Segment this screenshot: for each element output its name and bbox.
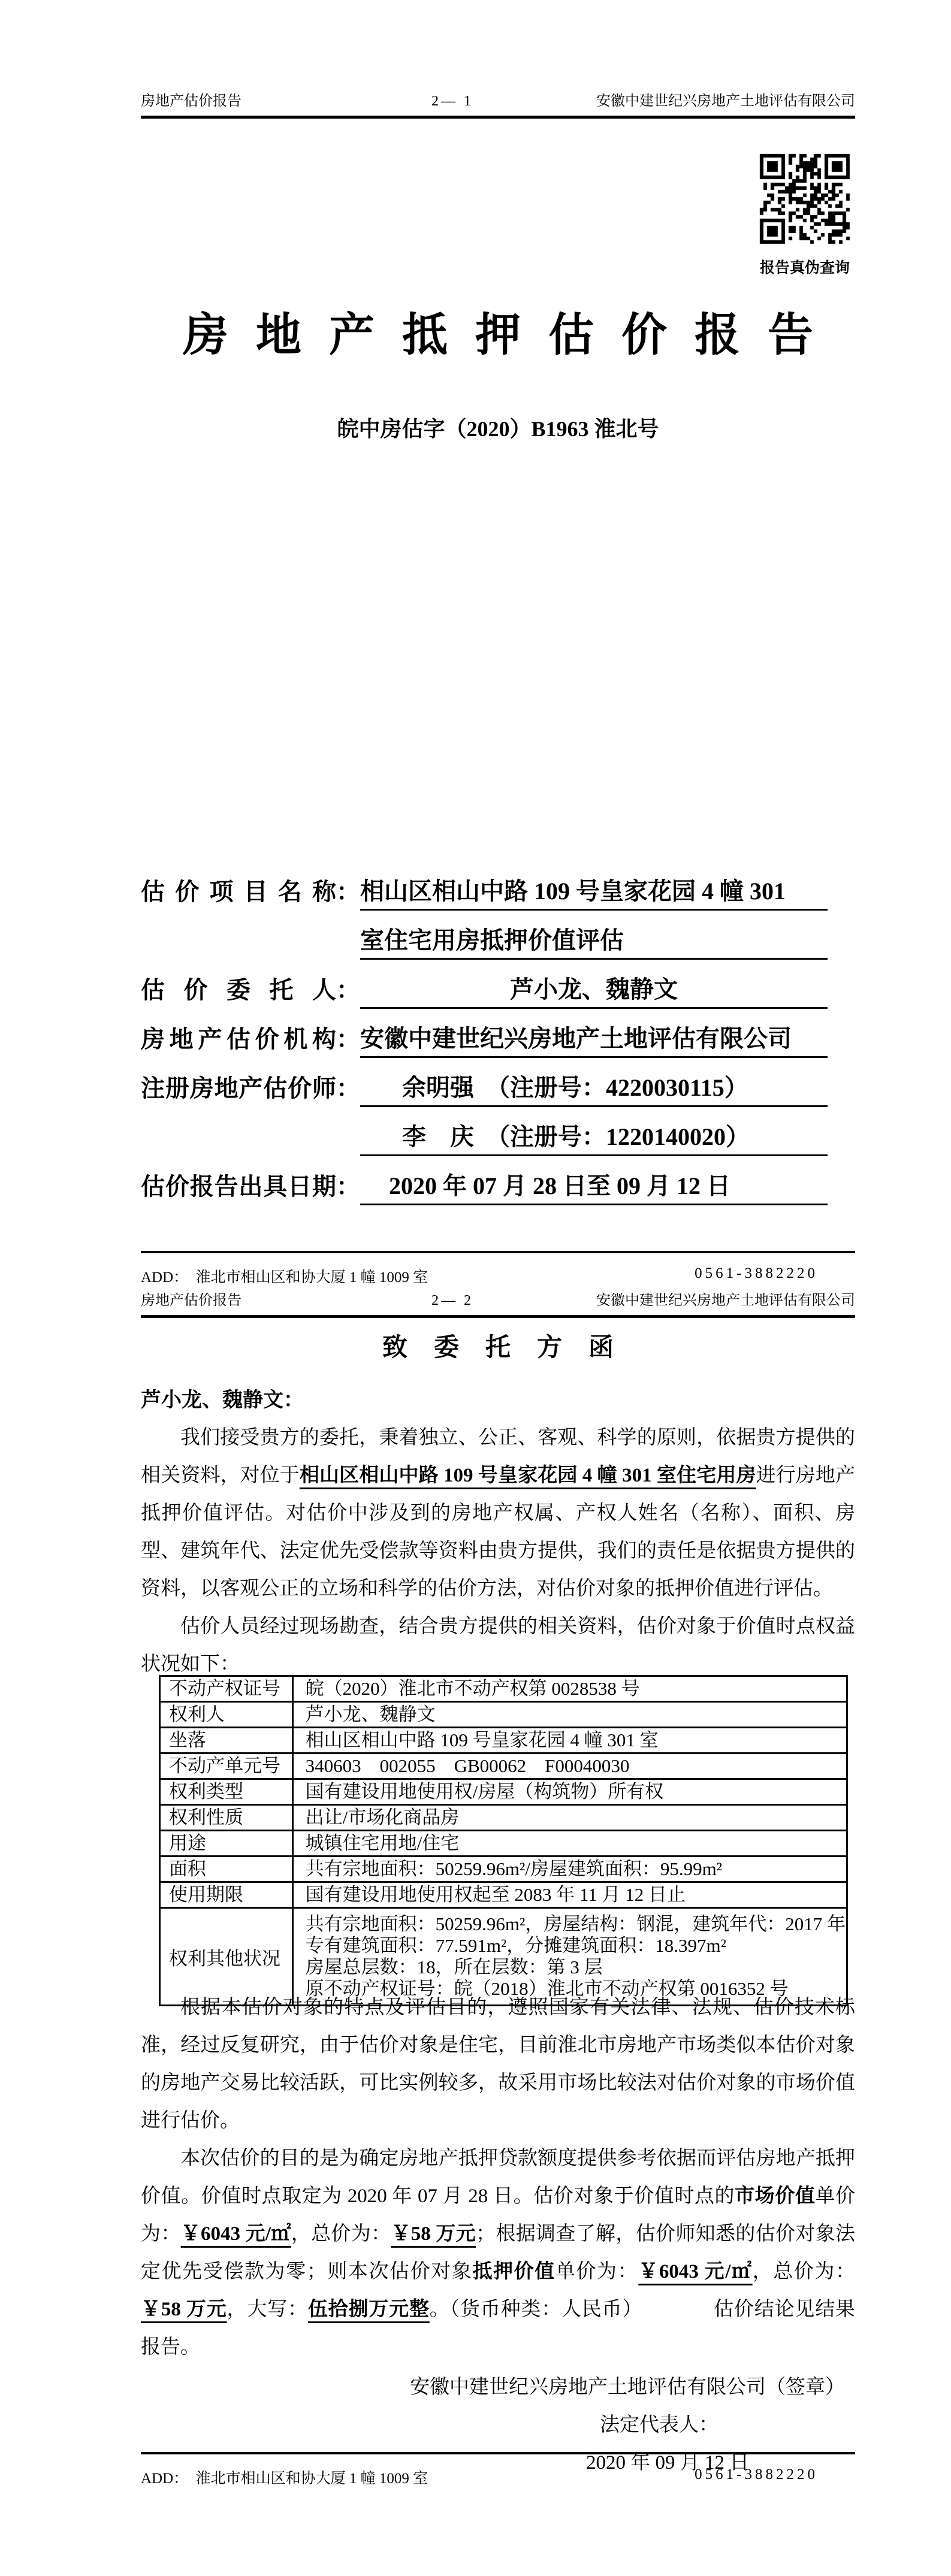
letter-paragraph-1: 我们接受贵方的委托，秉着独立、公正、客观、科学的原则，依据贵方提供的相关资料，对… <box>141 1419 855 1608</box>
detail-label: 注册房地产估价师： <box>141 1069 360 1107</box>
table-row: 权利性质出让/市场化商品房 <box>160 1805 847 1831</box>
paragraph-text: ，大写： <box>227 2299 308 2320</box>
detail-label-text: 房地产估价机构 <box>141 1020 336 1054</box>
letter-conclusion-block: 根据本估价对象的特点及评估目的，遵照国家有关法律、法规、估价技术标准，经过反复研… <box>141 1989 855 2482</box>
table-row-label: 不动产权证号 <box>160 1676 293 1702</box>
bold-term: 抵押价值 <box>473 2261 555 2282</box>
report-document: 房地产估价报告 2— 1 安徽中建世纪兴房地产土地评估有限公司 报告真伪查询 房… <box>0 0 951 2576</box>
detail-label-text: 估价委托人 <box>141 971 336 1005</box>
page2-running-header: 房地产估价报告 2— 2 安徽中建世纪兴房地产土地评估有限公司 <box>141 1288 855 1318</box>
table-row-label: 不动产单元号 <box>160 1753 293 1779</box>
footer-address: ADD： 淮北市相山区和协大厦 1 幢 1009 室 <box>141 1265 428 1287</box>
page1-running-footer: ADD： 淮北市相山区和协大厦 1 幢 1009 室 0561-3882220 <box>141 1251 855 1287</box>
paragraph-text: ，总价为： <box>753 2261 855 2282</box>
table-value-line: 房屋总层数：18，所在层数：第 3 层 <box>306 1957 846 1978</box>
detail-row: 李 庆 （注册号：1220140020） <box>141 1107 828 1156</box>
qr-code-image <box>759 153 850 244</box>
paragraph-text: ，总价为： <box>291 2223 391 2245</box>
detail-value: 余明强 （注册号：4220030115） <box>360 1074 828 1107</box>
page2-running-footer: ADD： 淮北市相山区和协大厦 1 幢 1009 室 0561-3882220 <box>141 2452 855 2488</box>
detail-row: 估价报告出具日期：2020 年 07 月 28 日至 09 月 12 日 <box>141 1156 828 1205</box>
letter-salutation: 芦小龙、魏静文： <box>141 1381 855 1419</box>
table-row: 不动产单元号340603 002055 GB00062 F00040030 <box>160 1753 847 1779</box>
header-page-number: 2— 1 <box>357 93 548 110</box>
detail-row: 注册房地产估价师：余明强 （注册号：4220030115） <box>141 1058 828 1107</box>
detail-value: 安徽中建世纪兴房地产土地评估有限公司 <box>360 1025 828 1058</box>
appraised-value-emphasis: ￥6043 元/㎡ <box>181 2223 291 2245</box>
table-row-label: 权利类型 <box>160 1779 293 1805</box>
appraised-value-emphasis: ￥58 万元 <box>141 2299 227 2320</box>
signature-company: 安徽中建世纪兴房地产土地评估有限公司（签章） <box>410 2369 855 2406</box>
detail-label-text: 估价项目名称 <box>141 873 336 907</box>
appraised-value-emphasis: ￥58 万元 <box>391 2223 476 2245</box>
footer-phone: 0561-3882220 <box>695 2466 855 2488</box>
table-value-line: 专有建筑面积：77.591m²，分摊建筑面积：18.397m² <box>306 1935 846 1957</box>
table-row-value: 皖（2020）淮北市不动产权第 0028538 号 <box>292 1676 847 1702</box>
cover-detail-fields: 估价项目名称：相山区相山中路 109 号皇家花园 4 幢 301室住宅用房抵押价… <box>141 861 828 1205</box>
letter-paragraph-2: 估价人员经过现场勘查，结合贵方提供的相关资料，估价对象于价值时点权益状况如下： <box>141 1608 855 1683</box>
qr-verification-block: 报告真伪查询 <box>757 153 852 277</box>
table-row-label: 权利人 <box>160 1702 293 1728</box>
detail-label <box>141 1153 360 1156</box>
table-row-value: 相山区相山中路 109 号皇家花园 4 幢 301 室 <box>292 1728 847 1753</box>
letter-title: 致委托方函 <box>141 1328 855 1363</box>
header-page-number: 2— 2 <box>357 1293 548 1309</box>
paragraph-text: 单价为： <box>555 2261 638 2282</box>
letter-body: 芦小龙、魏静文： 我们接受贵方的委托，秉着独立、公正、客观、科学的原则，依据贵方… <box>141 1381 855 1683</box>
subject-property-emphasis: 相山区相山中路 109 号皇家花园 4 幢 301 室住宅用房 <box>300 1465 756 1486</box>
table-row-value: 城镇住宅用地/住宅 <box>292 1831 847 1857</box>
detail-row: 估价委托人：芦小龙、魏静文 <box>141 960 828 1009</box>
table-row: 权利类型国有建设用地使用权/房屋（构筑物）所有权 <box>160 1779 847 1805</box>
bold-term: 市场价值 <box>735 2185 815 2207</box>
signature-legal-representative: 法定代表人： <box>600 2406 855 2444</box>
table-row-label: 坐落 <box>160 1728 293 1753</box>
table-row-value: 共有宗地面积：50259.96m²/房屋建筑面积：95.99m² <box>292 1857 847 1882</box>
table-row: 用途城镇住宅用地/住宅 <box>160 1831 847 1857</box>
detail-value: 相山区相山中路 109 号皇家花园 4 幢 301 <box>360 878 828 911</box>
detail-label: 房地产估价机构： <box>141 1020 360 1058</box>
detail-label: 估价报告出具日期： <box>141 1168 360 1205</box>
detail-row: 室住宅用房抵押价值评估 <box>141 911 828 960</box>
appraised-value-emphasis: ￥6043 元/㎡ <box>638 2261 752 2282</box>
table-row-value: 340603 002055 GB00062 F00040030 <box>292 1753 847 1779</box>
table-row: 不动产权证号皖（2020）淮北市不动产权第 0028538 号 <box>160 1676 847 1702</box>
detail-label <box>141 956 360 960</box>
detail-label-text: 估价报告出具日期 <box>141 1168 336 1202</box>
detail-row: 房地产估价机构：安徽中建世纪兴房地产土地评估有限公司 <box>141 1009 828 1058</box>
footer-address: ADD： 淮北市相山区和协大厦 1 幢 1009 室 <box>141 2466 428 2488</box>
table-row: 坐落相山区相山中路 109 号皇家花园 4 幢 301 室 <box>160 1728 847 1753</box>
table-row-label: 权利性质 <box>160 1805 293 1831</box>
table-row-label: 面积 <box>160 1857 293 1882</box>
detail-value: 芦小龙、魏静文 <box>360 976 828 1009</box>
report-number: 皖中房估字（2020）B1963 淮北号 <box>141 412 855 443</box>
detail-value: 李 庆 （注册号：1220140020） <box>360 1123 828 1156</box>
footer-phone: 0561-3882220 <box>695 1265 855 1287</box>
table-row: 使用期限国有建设用地使用权起至 2083 年 11 月 12 日止 <box>160 1882 847 1908</box>
page1-running-header: 房地产估价报告 2— 1 安徽中建世纪兴房地产土地评估有限公司 <box>141 89 855 119</box>
table-row-label: 用途 <box>160 1831 293 1857</box>
table-row-value: 国有建设用地使用权/房屋（构筑物）所有权 <box>292 1779 847 1805</box>
table-row-value: 国有建设用地使用权起至 2083 年 11 月 12 日止 <box>292 1882 847 1908</box>
table-value-line: 共有宗地面积：50259.96m²，房屋结构：钢混，建筑年代：2017 年 <box>306 1913 846 1935</box>
qr-label: 报告真伪查询 <box>757 256 852 277</box>
detail-label: 估价项目名称： <box>141 873 360 911</box>
table-row-value: 出让/市场化商品房 <box>292 1805 847 1831</box>
table-row-value: 芦小龙、魏静文 <box>292 1702 847 1728</box>
table-row-label: 使用期限 <box>160 1882 293 1908</box>
header-company-name: 安徽中建世纪兴房地产土地评估有限公司 <box>548 89 855 110</box>
header-doc-type: 房地产估价报告 <box>141 1288 357 1309</box>
detail-label: 估价委托人： <box>141 971 360 1009</box>
table-row: 面积共有宗地面积：50259.96m²/房屋建筑面积：95.99m² <box>160 1857 847 1882</box>
letter-paragraph-4: 本次估价的目的是为确定房地产抵押贷款额度提供参考依据而评估房地产抵押价值。价值时… <box>141 2140 855 2366</box>
header-doc-type: 房地产估价报告 <box>141 89 357 110</box>
detail-row: 估价项目名称：相山区相山中路 109 号皇家花园 4 幢 301 <box>141 861 828 911</box>
letter-paragraph-3: 根据本估价对象的特点及评估目的，遵照国家有关法律、法规、估价技术标准，经过反复研… <box>141 1989 855 2140</box>
detail-value: 2020 年 07 月 28 日至 09 月 12 日 <box>360 1172 828 1205</box>
appraised-value-emphasis: 伍拾捌万元整 <box>308 2299 430 2320</box>
property-rights-table: 不动产权证号皖（2020）淮北市不动产权第 0028538 号权利人芦小龙、魏静… <box>159 1675 848 2006</box>
detail-value: 室住宅用房抵押价值评估 <box>360 927 828 960</box>
table-row: 权利人芦小龙、魏静文 <box>160 1702 847 1728</box>
header-company-name: 安徽中建世纪兴房地产土地评估有限公司 <box>548 1288 855 1309</box>
detail-label-text: 注册房地产估价师 <box>141 1069 336 1103</box>
report-main-title: 房地产抵押估价报告 <box>141 298 855 364</box>
